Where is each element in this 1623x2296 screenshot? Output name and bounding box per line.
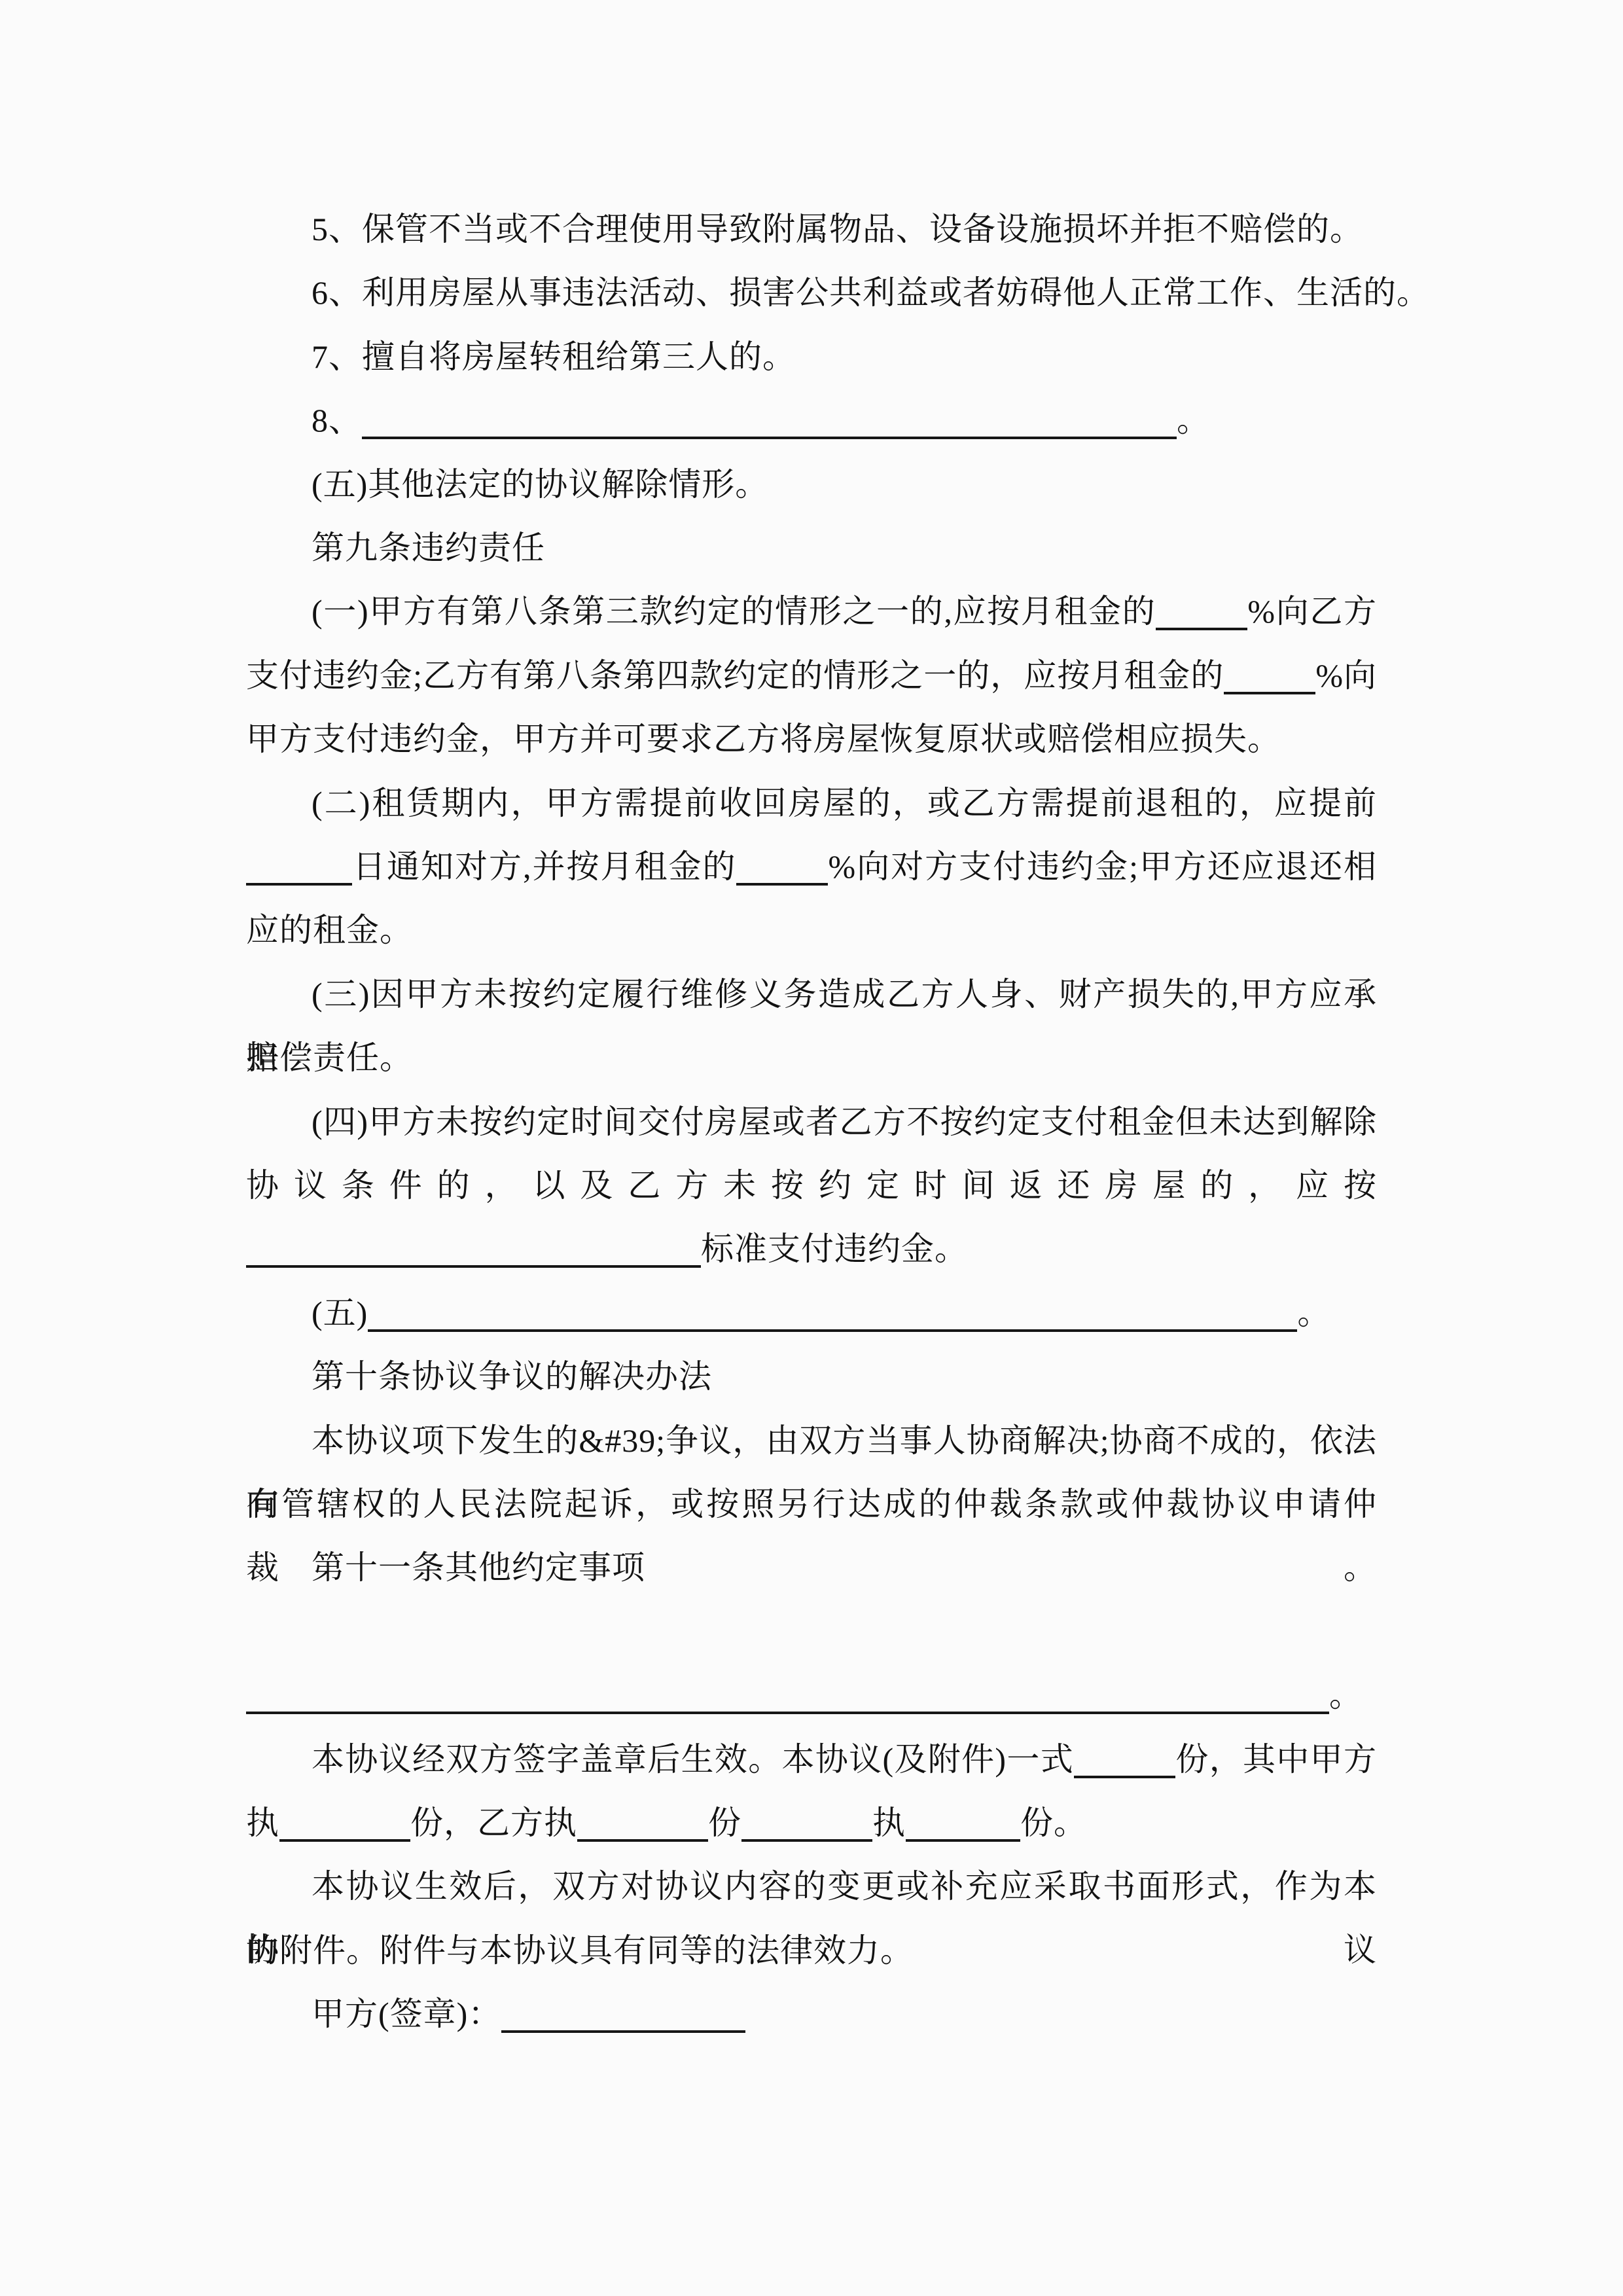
article-9-para-3-line-2: 赔偿责任。 xyxy=(246,1026,1377,1090)
line-text: 协议条件的，以及乙方未按约定时间返还房屋的，应按 xyxy=(246,1167,1377,1204)
line-text: 份。 xyxy=(1020,1804,1087,1841)
line-text: 第十一条其他约定事项 xyxy=(312,1549,645,1586)
party-a-signature-line: 甲方(签章)： xyxy=(246,1982,1377,2046)
effectiveness-para-line-2: 执份，乙方执份执份。 xyxy=(246,1791,1377,1855)
line-text: 应的租金。 xyxy=(246,912,413,948)
article-9-para-2-line-3: 应的租金。 xyxy=(246,899,1377,962)
line-text: 第九条违约责任 xyxy=(312,529,545,566)
article-9-para-2-line-2: 日通知对方,并按月租金的%向对方支付违约金;甲方还应退还相 xyxy=(246,835,1377,899)
blank-field xyxy=(736,853,828,886)
amendment-para-line-2: 的附件。附件与本协议具有同等的法律效力。 xyxy=(246,1919,1377,1982)
clause-8-item-8: 8、。 xyxy=(246,389,1377,452)
clause-8-item-5-other: (五)其他法定的协议解除情形。 xyxy=(246,453,1377,516)
line-text: 支付违约金;乙方有第八条第四款约定的情形之一的，应按月租金的 xyxy=(246,657,1224,694)
article-9-para-1-line-3: 甲方支付违约金，甲方并可要求乙方将房屋恢复原状或赔偿相应损失。 xyxy=(246,708,1377,771)
article-9-para-1-line-1: (一)甲方有第八条第三款约定的情形之一的,应按月租金的%向乙方 xyxy=(246,580,1377,643)
line-text: (四)甲方未按约定时间交付房屋或者乙方不按约定支付租金但未达到解除 xyxy=(312,1103,1377,1140)
blank-field xyxy=(577,1809,708,1842)
line-text: 5、保管不当或不合理使用导致附属物品、设备设施损坏并拒不赔偿的。 xyxy=(312,211,1363,247)
article-10-heading: 第十条协议争议的解决办法 xyxy=(246,1345,1377,1408)
line-text: 日通知对方,并按月租金的 xyxy=(352,848,736,885)
clause-8-item-6: 6、利用房屋从事违法活动、损害公共利益或者妨碍他人正常工作、生活的。 xyxy=(246,261,1377,325)
article-10-para-line-1: 本协议项下发生的&#39;争议，由双方当事人协商解决;协商不成的，依法向 xyxy=(246,1409,1377,1473)
line-text: %向 xyxy=(1315,657,1377,694)
blank-field xyxy=(279,1809,410,1842)
line-text: 。 xyxy=(1329,1677,1363,1713)
line-text: (五) xyxy=(312,1295,368,1331)
article-9-para-2-line-1: (二)租赁期内，甲方需提前收回房屋的，或乙方需提前退租的，应提前 xyxy=(246,772,1377,835)
line-text: 第十条协议争议的解决办法 xyxy=(312,1358,712,1395)
blank-field xyxy=(368,1299,1297,1332)
line-text: 标准支付违约金。 xyxy=(701,1230,968,1267)
line-text: 执 xyxy=(872,1804,906,1841)
blank-field xyxy=(1224,662,1315,694)
blank-field xyxy=(741,1809,872,1842)
blank-field xyxy=(246,853,352,886)
article-9-para-4-line-3: 标准支付违约金。 xyxy=(246,1217,1377,1281)
line-text: %向乙方 xyxy=(1247,593,1377,630)
line-text: 份，乙方执 xyxy=(410,1804,577,1841)
line-text: 本协议经双方签字盖章后生效。本协议(及附件)一式 xyxy=(312,1741,1074,1778)
line-text: 赔偿责任。 xyxy=(246,1039,413,1076)
blank-field xyxy=(501,2000,745,2033)
line-text: 。 xyxy=(1177,402,1210,439)
document-body: 5、保管不当或不合理使用导致附属物品、设备设施损坏并拒不赔偿的。6、利用房屋从事… xyxy=(0,0,1623,2296)
blank-field xyxy=(1074,1746,1175,1778)
line-text: 的附件。附件与本协议具有同等的法律效力。 xyxy=(246,1932,914,1969)
article-10-para-line-2: 有管辖权的人民法院起诉，或按照另行达成的仲裁条款或仲裁协议申请仲裁。 xyxy=(246,1473,1377,1536)
clause-8-item-7: 7、擅自将房屋转租给第三人的。 xyxy=(246,325,1377,389)
line-text: 8、 xyxy=(312,402,362,439)
article-11-blank-line: 。 xyxy=(246,1664,1377,1727)
blank-field xyxy=(246,1681,1329,1714)
line-text: 执 xyxy=(246,1804,279,1841)
article-9-para-3-line-1: (三)因甲方未按约定履行维修义务造成乙方人身、财产损失的,甲方应承担 xyxy=(246,963,1377,1026)
line-text: (二)租赁期内，甲方需提前收回房屋的，或乙方需提前退租的，应提前 xyxy=(312,785,1377,821)
page: { "palette": { "page_background": "#fbfb… xyxy=(0,0,1623,2296)
effectiveness-para-line-1: 本协议经双方签字盖章后生效。本协议(及附件)一式份，其中甲方 xyxy=(246,1728,1377,1791)
line-text: %向对方支付违约金;甲方还应退还相 xyxy=(828,848,1377,885)
line-text: 份，其中甲方 xyxy=(1175,1741,1377,1778)
line-text: 。 xyxy=(1297,1295,1330,1331)
line-text: (五)其他法定的协议解除情形。 xyxy=(312,466,768,503)
article-9-para-4-line-1: (四)甲方未按约定时间交付房屋或者乙方不按约定支付租金但未达到解除 xyxy=(246,1090,1377,1154)
blank-field xyxy=(246,1235,701,1268)
blank-field xyxy=(362,406,1177,439)
article-9-heading: 第九条违约责任 xyxy=(246,516,1377,580)
line-text: 7、擅自将房屋转租给第三人的。 xyxy=(312,338,796,375)
blank-field xyxy=(1156,598,1247,630)
article-11-heading: 第十一条其他约定事项 xyxy=(246,1536,1377,1600)
article-11-empty-line xyxy=(246,1600,1377,1664)
article-9-para-5: (五)。 xyxy=(246,1282,1377,1345)
article-9-para-1-line-2: 支付违约金;乙方有第八条第四款约定的情形之一的，应按月租金的%向 xyxy=(246,644,1377,708)
clause-8-item-5: 5、保管不当或不合理使用导致附属物品、设备设施损坏并拒不赔偿的。 xyxy=(246,198,1377,261)
blank-field xyxy=(906,1809,1020,1842)
line-text: 份 xyxy=(708,1804,741,1841)
line-text: 甲方(签章)： xyxy=(312,1996,501,2032)
line-text: 6、利用房屋从事违法活动、损害公共利益或者妨碍他人正常工作、生活的。 xyxy=(312,274,1430,311)
line-text: 甲方支付违约金，甲方并可要求乙方将房屋恢复原状或赔偿相应损失。 xyxy=(246,721,1281,757)
amendment-para-line-1: 本协议生效后，双方对协议内容的变更或补充应采取书面形式，作为本协议 xyxy=(246,1855,1377,1918)
article-9-para-4-line-2: 协议条件的，以及乙方未按约定时间返还房屋的，应按 xyxy=(246,1154,1377,1217)
line-text: (一)甲方有第八条第三款约定的情形之一的,应按月租金的 xyxy=(312,593,1156,630)
